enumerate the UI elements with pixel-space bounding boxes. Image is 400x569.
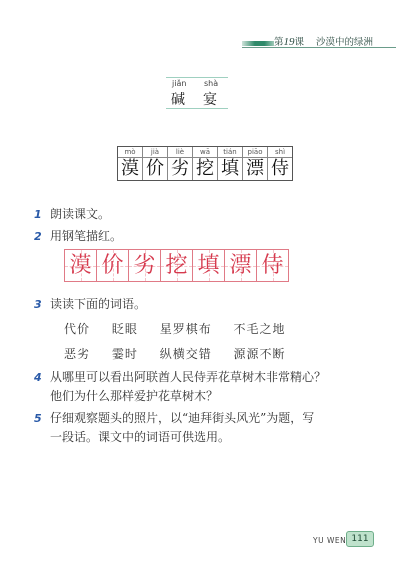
char-cell: wā挖 bbox=[193, 147, 218, 180]
char-glyph: 挖 bbox=[193, 158, 217, 180]
exercise-number: 1 bbox=[34, 208, 50, 221]
word: 恶劣 bbox=[64, 345, 90, 362]
vocab-char: 碱 bbox=[171, 89, 185, 109]
tracing-cell: 填 bbox=[193, 250, 225, 281]
char-cell: jià价 bbox=[143, 147, 168, 180]
char-glyph: 价 bbox=[143, 158, 167, 180]
exercise-4-line-2: 他们为什么那样爱护花草树木？ bbox=[50, 387, 218, 404]
tracing-cell: 漠 bbox=[65, 250, 97, 281]
char-pinyin: tián bbox=[218, 147, 242, 158]
tracing-cell: 侍 bbox=[257, 250, 288, 281]
char-glyph: 劣 bbox=[168, 158, 192, 180]
char-cell: liè劣 bbox=[168, 147, 193, 180]
vocab-pinyin: shà bbox=[204, 79, 218, 88]
char-pinyin: piāo bbox=[243, 147, 267, 158]
exercise-1: 1朗读课文。 bbox=[34, 205, 110, 222]
tracing-cell: 挖 bbox=[161, 250, 193, 281]
word: 星罗棋布 bbox=[160, 320, 212, 337]
exercise-text: 仔细观察题头的照片，以“迪拜街头风光”为题，写 bbox=[50, 409, 314, 426]
vocab-box: jiǎn shà 碱 宴 bbox=[166, 77, 228, 109]
vocab-char: 宴 bbox=[203, 89, 217, 109]
page-number-badge: 111 bbox=[346, 531, 374, 547]
char-pinyin: mò bbox=[118, 147, 142, 158]
tracing-cell: 漂 bbox=[225, 250, 257, 281]
vocab-pinyin: jiǎn bbox=[172, 79, 186, 88]
tracing-grid: 漠 价 劣 挖 填 漂 侍 bbox=[64, 249, 289, 282]
char-cell: tián填 bbox=[218, 147, 243, 180]
lesson-header: 第19课沙漠中的绿洲 bbox=[232, 34, 400, 50]
exercise-text: 从哪里可以看出阿联酋人民侍弄花草树木非常精心？ bbox=[50, 368, 326, 385]
exercise-text: 朗读课文。 bbox=[50, 205, 110, 222]
header-underline bbox=[242, 47, 396, 48]
exercise-5: 5仔细观察题头的照片，以“迪拜街头风光”为题，写 bbox=[34, 409, 314, 426]
word: 不毛之地 bbox=[234, 320, 286, 337]
header-decoration-bar bbox=[242, 41, 274, 46]
footer-label: YU WEN bbox=[313, 536, 346, 545]
new-characters-grid: mò漠 jià价 liè劣 wā挖 tián填 piāo漂 shì侍 bbox=[117, 146, 293, 181]
char-cell: piāo漂 bbox=[243, 147, 268, 180]
char-glyph: 侍 bbox=[268, 158, 292, 180]
words-row-2: 恶劣 霎时 纵横交错 源源不断 bbox=[64, 345, 304, 362]
exercise-3: 3读读下面的词语。 bbox=[34, 295, 146, 312]
exercise-text: 用钢笔描红。 bbox=[50, 227, 122, 244]
tracing-cell: 劣 bbox=[129, 250, 161, 281]
word: 源源不断 bbox=[234, 345, 286, 362]
exercise-5-line-2: 一段话。课文中的词语可供选用。 bbox=[50, 428, 230, 445]
char-glyph: 填 bbox=[218, 158, 242, 180]
exercise-number: 4 bbox=[34, 371, 50, 384]
word: 眨眼 bbox=[112, 320, 138, 337]
char-glyph: 漠 bbox=[118, 158, 142, 180]
char-pinyin: jià bbox=[143, 147, 167, 158]
exercise-text: 读读下面的词语。 bbox=[50, 295, 146, 312]
char-glyph: 漂 bbox=[243, 158, 267, 180]
char-pinyin: wā bbox=[193, 147, 217, 158]
exercise-2: 2用钢笔描红。 bbox=[34, 227, 122, 244]
word: 代价 bbox=[64, 320, 90, 337]
exercise-number: 2 bbox=[34, 230, 50, 243]
words-row-1: 代价 眨眼 星罗棋布 不毛之地 bbox=[64, 320, 304, 337]
char-cell: mò漠 bbox=[118, 147, 143, 180]
exercise-number: 5 bbox=[34, 412, 50, 425]
word: 霎时 bbox=[112, 345, 138, 362]
exercise-4: 4从哪里可以看出阿联酋人民侍弄花草树木非常精心？ bbox=[34, 368, 326, 385]
char-pinyin: liè bbox=[168, 147, 192, 158]
exercise-number: 3 bbox=[34, 298, 50, 311]
lesson-heading: 第19课沙漠中的绿洲 bbox=[274, 34, 373, 48]
tracing-cell: 价 bbox=[97, 250, 129, 281]
word: 纵横交错 bbox=[160, 345, 212, 362]
char-cell: shì侍 bbox=[268, 147, 292, 180]
char-pinyin: shì bbox=[268, 147, 292, 158]
